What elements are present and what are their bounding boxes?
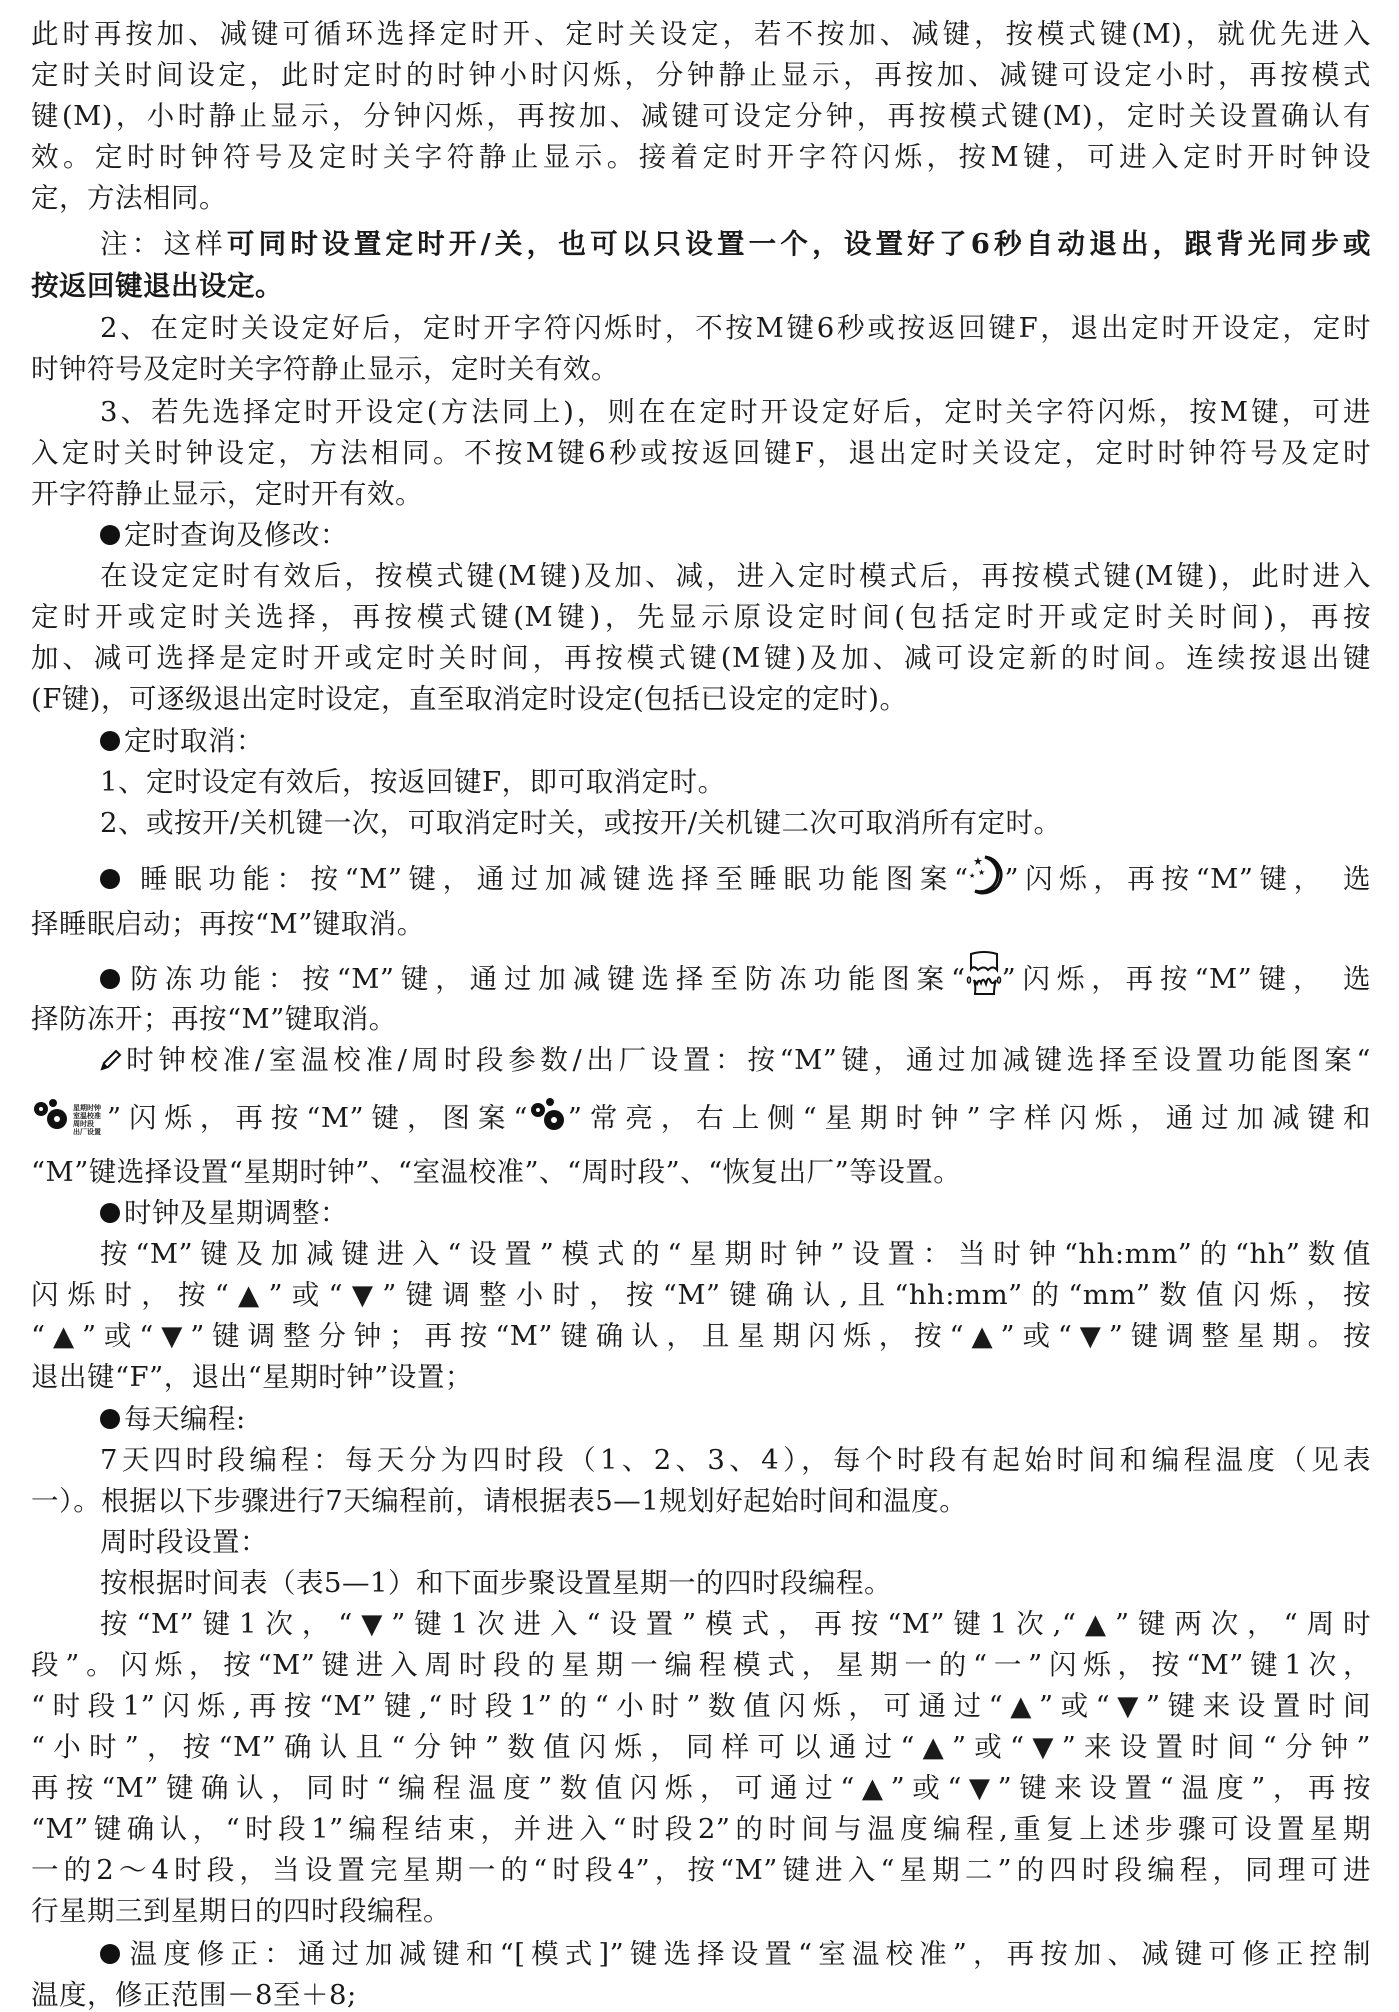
settings-text: 时钟校准/室温校准/周时段参数/出厂设置：按“M”键，通过加减键选择至设置功能图… bbox=[122, 1044, 1371, 1076]
sleep-text-a: 睡眠功能：按“M”键，通过加减键选择至睡眠功能图案“ bbox=[134, 863, 969, 895]
paragraph-line: 闪烁时，按“▲”或“▼”键调整小时，按“M”键确认,且“hh:mm”的“mm”数… bbox=[31, 1275, 1371, 1315]
paragraph-line: 开字符静止显示，定时开有效。 bbox=[31, 474, 1371, 514]
svg-text:★: ★ bbox=[978, 868, 986, 877]
bullet-icon bbox=[100, 1409, 120, 1429]
note-line-bold: 按返回键退出设定。 bbox=[31, 266, 1371, 306]
paragraph-line: (F键)，可逐级退出定时设定，直至取消定时设定(包括已设定的定时)。 bbox=[31, 679, 1371, 719]
svg-text:★: ★ bbox=[973, 855, 983, 868]
paragraph-line: 再按“M”键确认，同时“编程温度”数值闪烁，可通过“▲”或“▼”键来设置“温度”… bbox=[31, 1768, 1371, 1808]
paragraph-line: 加、减可选择是定时开或定时关时间，再按模式键(M键)及加、减可设定新的时间。连续… bbox=[31, 638, 1371, 678]
pencil-icon bbox=[100, 1042, 122, 1082]
paragraph-line: 一的2～4时段，当设置完星期一的“时段4”，按“M”键进入“星期二”的四时段编程… bbox=[31, 1850, 1371, 1890]
paragraph-line: 按根据时间表（表5—1）和下面步聚设置星期一的四时段编程。 bbox=[100, 1563, 1371, 1603]
moon-stars-icon: ★★★ bbox=[969, 851, 1005, 910]
section-heading-clock: 时钟及星期调整： bbox=[100, 1193, 1371, 1233]
paragraph-line: 退出键“F”，退出“星期时钟”设置； bbox=[31, 1357, 1371, 1397]
gear-label: 出厂设置 bbox=[73, 1127, 101, 1136]
bullet-icon bbox=[100, 869, 120, 889]
bullet-icon bbox=[100, 731, 120, 751]
section-heading-timer-cancel: 定时取消： bbox=[100, 721, 1371, 761]
paragraph-line: 段”。闪烁，按“M”键进入周时段的星期一编程模式，星期一的“一”闪烁，按“M”键… bbox=[31, 1645, 1371, 1685]
paragraph-line: “小时”，按“M”确认且“分钟”数值闪烁，同样可以通过“▲”或“▼”来设置时间“… bbox=[31, 1727, 1371, 1767]
bullet-icon bbox=[100, 969, 120, 989]
paragraph-line: 2、或按开/关机键一次，可取消定时关，或按开/关机键二次可取消所有定时。 bbox=[100, 803, 1371, 843]
paragraph-line: 定，方法相同。 bbox=[31, 178, 1371, 218]
paragraph-line: “▲”或“▼”键调整分钟；再按“M”键确认，且星期闪烁，按“▲”或“▼”键调整星… bbox=[31, 1316, 1371, 1356]
gears-icon-labels: 星期时钟室温校准周时段出厂设置 bbox=[73, 1104, 107, 1136]
settings-text-a: ”闪烁，再按“M”键，图案“ bbox=[107, 1102, 528, 1134]
sleep-function-line: 睡眠功能：按“M”键，通过加减键选择至睡眠功能图案“★★★”闪烁，再按“M”键，… bbox=[100, 851, 1371, 910]
paragraph-line: 择睡眠启动；再按“M”键取消。 bbox=[31, 904, 1371, 944]
note-label: 注：这样 bbox=[100, 228, 227, 260]
paragraph-line: 3、若先选择定时开设定(方法同上)，则在在定时开设定好后，定时关字符闪烁，按M键… bbox=[100, 392, 1371, 432]
paragraph-line: 入定时关时钟设定，方法相同。不按M键6秒或按返回键F，退出定时关设定，定时时钟符… bbox=[31, 433, 1371, 473]
gears-icon bbox=[528, 1096, 568, 1143]
paragraph-line: 定时开或定时关选择，再按模式键(M键)，先显示原设定时间(包括定时开或定时关时间… bbox=[31, 597, 1371, 637]
paragraph-line: “时段1”闪烁,再按“M”键,“时段1”的“小时”数值闪烁，可通过“▲”或“▼”… bbox=[31, 1686, 1371, 1726]
section-heading-text: 每天编程: bbox=[124, 1403, 246, 1435]
paragraph-line: “M”键选择设置“星期时钟”、“室温校准”、“周时段”、“恢复出厂”等设置。 bbox=[31, 1152, 1371, 1192]
note-bold-text: 可同时设置定时开/关，也可以只设置一个，设置好了6秒自动退出，跟背光同步或 bbox=[227, 228, 1371, 260]
svg-text:★: ★ bbox=[969, 872, 976, 880]
paragraph-line: 效。定时时钟符号及定时关字符静止显示。接着定时开字符闪烁，按M键，可进入定时开时… bbox=[31, 137, 1371, 177]
section-heading-text: 定时查询及修改： bbox=[124, 519, 348, 551]
note-line: 注：这样可同时设置定时开/关，也可以只设置一个，设置好了6秒自动退出，跟背光同步… bbox=[100, 224, 1371, 264]
paragraph-line: 7天四时段编程：每天分为四时段（1、2、3、4），每个时段有起始时间和编程温度（… bbox=[100, 1440, 1371, 1480]
manual-page: 此时再按加、减键可循环选择定时开、定时关设定，若不按加、减键，按模式键(M)，就… bbox=[0, 0, 1399, 2012]
subheading-weekly-period: 周时段设置： bbox=[100, 1522, 1371, 1562]
paragraph-line: 键(M)，小时静止显示，分钟闪烁，再按加、减键可设定分钟，再按模式键(M)，定时… bbox=[31, 96, 1371, 136]
paragraph-line: 2、在定时关设定好后，定时开字符闪烁时，不按M键6秒或按返回键F，退出定时开设定… bbox=[100, 308, 1371, 348]
settings-function-line: 时钟校准/室温校准/周时段参数/出厂设置：按“M”键，通过加减键选择至设置功能图… bbox=[100, 1040, 1371, 1082]
section-heading-text: 定时取消： bbox=[124, 725, 264, 757]
antifreeze-text-a: 防冻功能：按“M”键，通过加减键选择至防冻功能图案“ bbox=[124, 963, 966, 995]
settings-gears-line: 星期时钟室温校准周时段出厂设置”闪烁，再按“M”键，图案“”常亮，右上侧“星期时… bbox=[31, 1096, 1371, 1143]
bullet-icon bbox=[100, 525, 120, 545]
paragraph-line: 择防冻开；再按“M”键取消。 bbox=[31, 999, 1371, 1039]
bullet-icon bbox=[100, 1944, 120, 1964]
paragraph-line: 温度，修正范围－8至＋8; bbox=[31, 1975, 1371, 2012]
paragraph-line: “M”键确认，“时段1”编程结束，并进入“时段2”的时间与温度编程,重复上述步骤… bbox=[31, 1809, 1371, 1849]
antifreeze-text-b: ”闪烁，再按“M”键， 选 bbox=[1002, 963, 1371, 995]
section-heading-daily-program: 每天编程: bbox=[100, 1399, 1371, 1439]
paragraph-line: 行星期三到星期日的四时段编程。 bbox=[31, 1891, 1371, 1931]
section-heading-text: 温度修正：通过加减键和“[模式]”键选择设置“室温校准”，再按加、减键可修正控制 bbox=[124, 1938, 1371, 1970]
sleep-text-b: ”闪烁，再按“M”键， 选 bbox=[1005, 863, 1371, 895]
paragraph-line: 按“M”键1次，“▼”键1次进入“设置”模式，再按“M”键1次,“▲”键两次，“… bbox=[100, 1604, 1371, 1644]
section-heading-text: 时钟及星期调整： bbox=[124, 1197, 348, 1229]
paragraph-line: 一）。根据以下步骤进行7天编程前，请根据表5—1规划好起始时间和温度。 bbox=[31, 1481, 1371, 1521]
gears-icon bbox=[31, 1097, 71, 1142]
paragraph-line: 1、定时设定有效后，按返回键F，即可取消定时。 bbox=[100, 762, 1371, 802]
paragraph-line: 时钟符号及定时关字符静止显示，定时关有效。 bbox=[31, 349, 1371, 389]
section-heading-temp-correction: 温度修正：通过加减键和“[模式]”键选择设置“室温校准”，再按加、减键可修正控制 bbox=[100, 1934, 1371, 1974]
settings-text-b: ”常亮，右上侧“星期时钟”字样闪烁，通过加减键和 bbox=[568, 1102, 1371, 1134]
bullet-icon bbox=[100, 1203, 120, 1223]
paragraph-line: 此时再按加、减键可循环选择定时开、定时关设定，若不按加、减键，按模式键(M)，就… bbox=[31, 14, 1371, 54]
paragraph-line: 定时关时间设定，此时定时的时钟小时闪烁，分钟静止显示，再按加、减键可设定小时，再… bbox=[31, 55, 1371, 95]
paragraph-line: 按“M”键及加减键进入“设置”模式的“星期时钟”设置：当时钟“hh:mm”的“h… bbox=[100, 1234, 1371, 1274]
paragraph-line: 在设定定时有效后，按模式键(M键)及加、减，进入定时模式后，再按模式键(M键)，… bbox=[100, 556, 1371, 596]
section-heading-timer-query: 定时查询及修改： bbox=[100, 515, 1371, 555]
